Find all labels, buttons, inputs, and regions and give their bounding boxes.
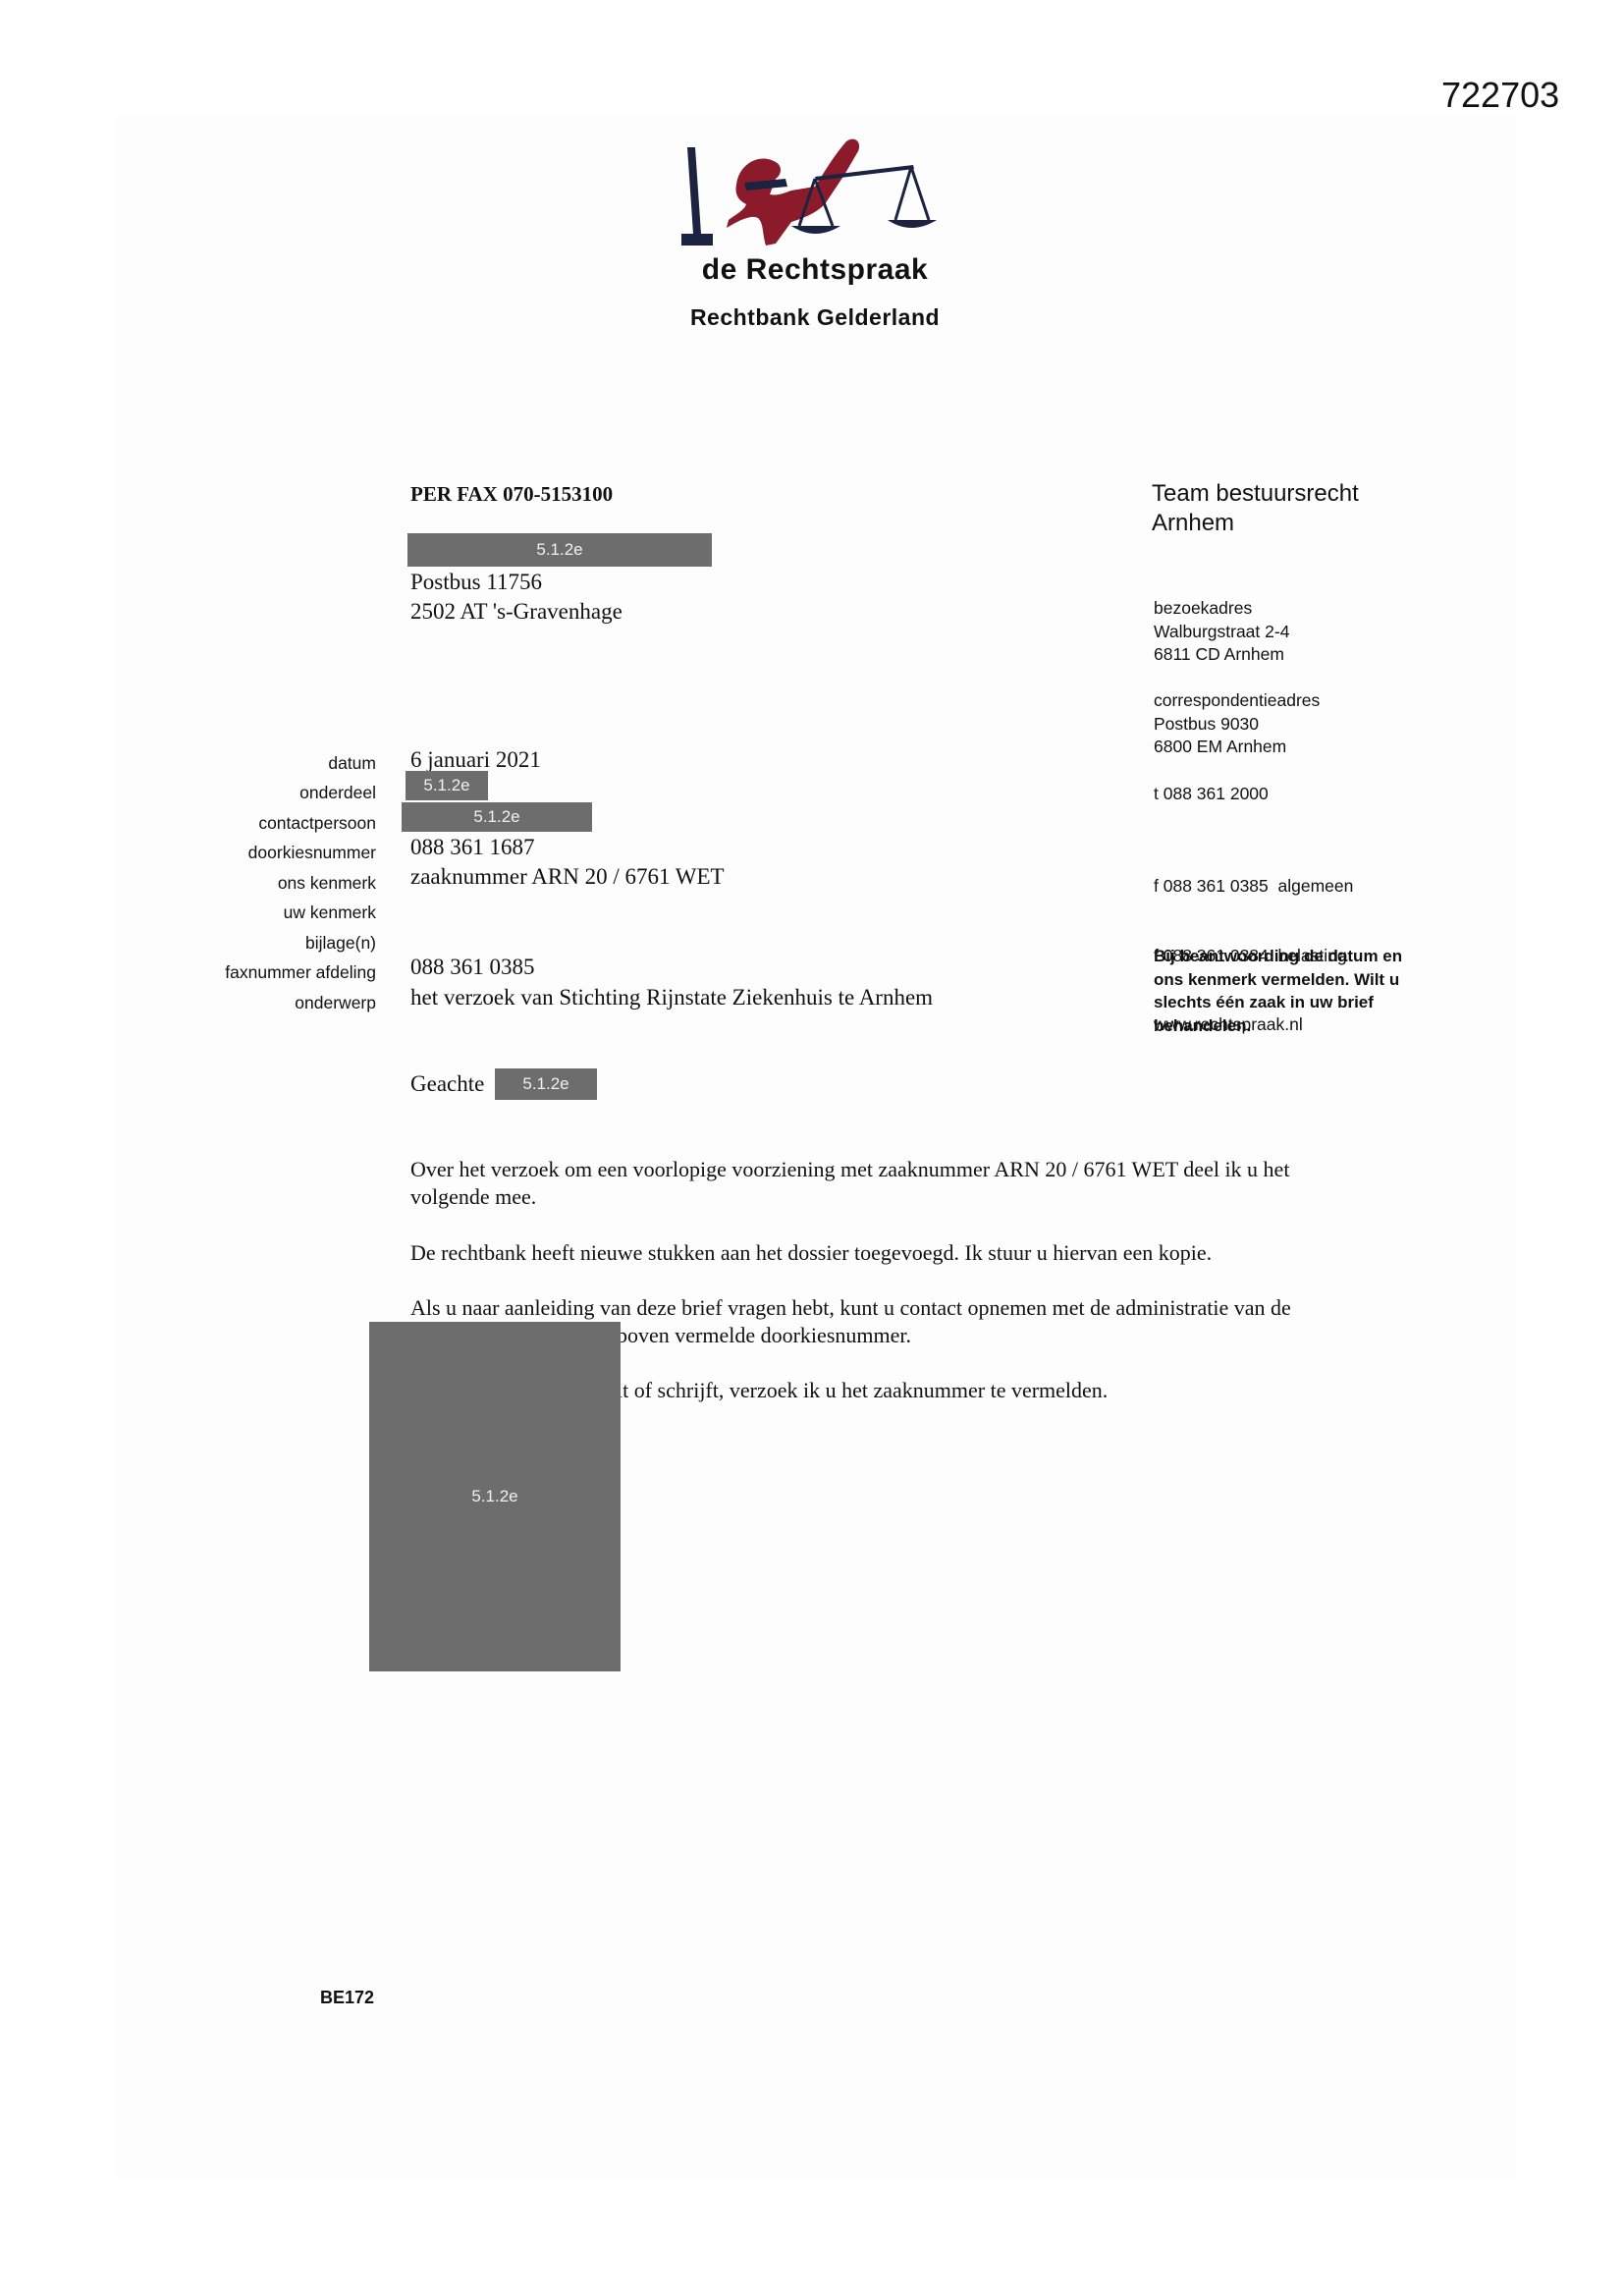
reply-note-line: slechts één zaak in uw brief [1154,991,1402,1014]
redacted-signature-block: 5.1.2e [369,1322,621,1671]
recipient-address-line: 2502 AT 's-Gravenhage [410,597,623,627]
scanned-page [116,116,1516,2178]
reply-note-line: Bij beantwoording de datum en [1154,945,1402,968]
meta-label-uw-kenmerk: uw kenmerk [284,902,376,923]
meta-value-onderwerp: het verzoek van Stichting Rijnstate Ziek… [410,985,933,1011]
body-paragraph-1: Over het verzoek om een voorlopige voorz… [410,1156,1289,1211]
meta-value-faxnummer: 088 361 0385 [410,955,535,980]
team-name: Team bestuursrecht [1152,479,1359,509]
body-paragraph-3-line-2: boven vermelde doorkiesnummer. [617,1322,911,1349]
salutation: Geachte [410,1071,484,1097]
visit-street: Walburgstraat 2-4 [1154,621,1289,644]
visit-city: 6811 CD Arnhem [1154,643,1289,667]
document-number: 722703 [1441,75,1559,116]
meta-label-bijlagen: bijlage(n) [305,933,376,954]
meta-label-onderdeel: onderdeel [299,783,376,803]
sender-phone: t 088 361 2000 [1154,783,1269,806]
reply-note: Bij beantwoording de datum en ons kenmer… [1154,945,1402,1037]
recipient-address: Postbus 11756 2502 AT 's-Gravenhage [410,568,623,627]
reply-note-line: behandelen. [1154,1014,1402,1038]
body-paragraph-4: lt of schrijft, verzoek ik u het zaaknum… [617,1377,1108,1404]
team-city: Arnhem [1152,509,1359,538]
meta-value-ons-kenmerk: zaaknummer ARN 20 / 6761 WET [410,864,725,890]
redacted-recipient-name: 5.1.2e [407,533,712,567]
recipient-address-line: Postbus 11756 [410,568,623,597]
redacted-contactpersoon: 5.1.2e [402,802,592,832]
meta-label-faxnummer: faxnummer afdeling [225,962,376,983]
fax-general: f 088 361 0385 algemeen [1154,875,1353,899]
sender-team: Team bestuursrecht Arnhem [1152,479,1359,538]
meta-value-datum: 6 januari 2021 [410,747,541,773]
body-paragraph-2: De rechtbank heeft nieuwe stukken aan he… [410,1239,1212,1267]
visit-address-block: bezoekadres Walburgstraat 2-4 6811 CD Ar… [1154,597,1289,667]
correspondence-city: 6800 EM Arnhem [1154,736,1320,759]
body-line: Over het verzoek om een voorlopige voorz… [410,1156,1289,1183]
correspondence-postbox: Postbus 9030 [1154,713,1320,737]
footer-reference: BE172 [320,1988,374,2008]
fax-line: PER FAX 070-5153100 [410,482,613,507]
court-name: Rechtbank Gelderland [589,304,1041,331]
meta-value-doorkiesnummer: 088 361 1687 [410,835,535,860]
meta-label-contactpersoon: contactpersoon [258,813,376,834]
redacted-onderdeel: 5.1.2e [406,771,488,800]
meta-label-datum: datum [328,753,376,774]
brand-name: de Rechtspraak [589,253,1041,287]
meta-label-onderwerp: onderwerp [295,993,376,1013]
correspondence-address-block: correspondentieadres Postbus 9030 6800 E… [1154,689,1320,759]
reply-note-line: ons kenmerk vermelden. Wilt u [1154,968,1402,992]
correspondence-label: correspondentieadres [1154,689,1320,713]
visit-label: bezoekadres [1154,597,1289,621]
justitia-scales-sword-logo-icon [668,136,962,253]
meta-label-ons-kenmerk: ons kenmerk [278,873,376,894]
body-line: volgende mee. [410,1183,1289,1211]
body-paragraph-3-line-1: Als u naar aanleiding van deze brief vra… [410,1294,1291,1322]
meta-label-doorkiesnummer: doorkiesnummer [248,843,376,863]
redacted-salutation-name: 5.1.2e [495,1068,597,1100]
